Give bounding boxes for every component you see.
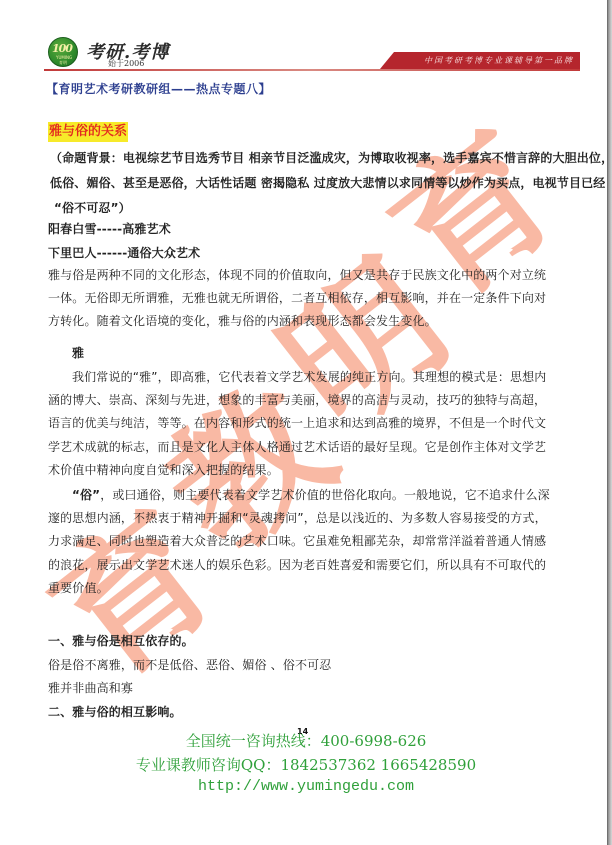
- qq-contact-text: 专业课教师咨询QQ：1842537362 1665428590: [0, 754, 612, 775]
- intro-paragraph: 雅与俗是两种不同的文化形态，体现不同的价值取向，但又是共存于民族文化中的两个对立…: [48, 264, 560, 334]
- art-pairs: 阳春白雪-----高雅艺术 下里巴人------通俗大众艺术: [48, 217, 560, 265]
- point-one-heading: 一、雅与俗是相互依存的。: [48, 630, 560, 653]
- ya-heading-text: 雅: [72, 342, 584, 365]
- para-line: 语言的优美与纯洁，等等。在内容和形式的统一上追求和达到高雅的境界，不但是一个时代…: [48, 412, 560, 435]
- point-one-body: 俗是俗不离雅，而不是低俗、恶俗、媚俗 、俗不可忍 雅并非曲高和寡: [48, 654, 560, 700]
- point-two-heading: 二、雅与俗的相互影响。: [48, 701, 560, 724]
- section-title: 雅与俗的关系: [48, 122, 128, 142]
- para-line: 我们常说的“雅”，即高雅，它代表着文学艺术发展的纯正方向。其理想的模式是：思想内: [48, 366, 560, 389]
- para-line: 雅与俗是两种不同的文化形态，体现不同的价值取向，但又是共存于民族文化中的两个对立…: [48, 264, 560, 287]
- point-one-text: 一、雅与俗是相互依存的。: [48, 630, 560, 653]
- website-link[interactable]: http://www.yumingedu.com: [0, 778, 612, 795]
- hotline-text: 全国统一咨询热线：400-6998-626: [0, 730, 612, 751]
- slogan-text: 中国考研考博专业课辅导第一品牌: [424, 55, 574, 66]
- su-line-text: ，或曰通俗，则主要代表着文学艺术价值的世俗化取向。一般地说，它不追求什么深: [100, 488, 550, 502]
- logo-caption-cn: 育明: [59, 60, 67, 66]
- topic-header: 【育明艺术考研教研组——热点专题八】: [46, 80, 271, 97]
- para-line: 力求满足、同时也塑造着大众普泛的艺术口味。它虽难免粗鄙芜杂，却常常洋溢着普通人情…: [48, 530, 560, 553]
- para-line: 重要价值。: [48, 577, 560, 600]
- note-line: 低俗、媚俗、甚至是恶俗，大话性话题 密揭隐私 过度放大悲情以求同情等以炒作为买点…: [50, 171, 562, 196]
- para-line: 一体。无俗即无所谓雅，无雅也就无所谓俗，二者互相依存，相互影响，并在一定条件下向…: [48, 287, 560, 310]
- para-line: 雅并非曲高和寡: [48, 677, 560, 700]
- pair-line: 阳春白雪-----高雅艺术: [48, 217, 560, 241]
- para-line: 俗是俗不离雅，而不是低俗、恶俗、媚俗 、俗不可忍: [48, 654, 560, 677]
- logo-number: 100: [52, 42, 72, 55]
- brand-since: 始于2006: [108, 58, 144, 69]
- su-paragraph: “俗”，或曰通俗，则主要代表着文学艺术价值的世俗化取向。一般地说，它不追求什么深…: [48, 484, 560, 600]
- point-two-text: 二、雅与俗的相互影响。: [48, 701, 560, 724]
- para-line: “俗”，或曰通俗，则主要代表着文学艺术价值的世俗化取向。一般地说，它不追求什么深: [48, 484, 560, 507]
- para-line: 术价值中精神向度自觉和深入把握的结果。: [48, 459, 560, 482]
- para-line: 邃的思想内涵，不热衷于精神开掘和“灵魂拷问”，总是以浅近的、为多数人容易接受的方…: [48, 507, 560, 530]
- header-divider: [44, 69, 580, 71]
- note-line: （命题背景：电视综艺节目选秀节目 相亲节目泛滥成灾，为博取收视率，选手嘉宾不惜言…: [50, 146, 562, 171]
- para-line: 涵的博大、崇高、深刻与先进，想象的丰富与美丽，境界的高洁与灵动，技巧的独特与高超…: [48, 389, 560, 412]
- para-line: 学艺术成就的标志，而且是文化人主体人格通过艺术话语的最好呈现。它是创作主体对文学…: [48, 436, 560, 459]
- pair-line: 下里巴人------通俗大众艺术: [48, 241, 560, 265]
- page-header: 100 YUMING 育明 考研.考博 始于2006 中国考研考博专业课辅导第一…: [44, 34, 580, 76]
- para-line: 的浪花，展示出文学艺术迷人的娱乐色彩。因为老百姓喜爱和需要它们，所以具有不可取代…: [48, 554, 560, 577]
- page-edge-shadow: [607, 0, 612, 845]
- para-line: 方转化。随着文化语境的变化，雅与俗的内涵和表现形态都会发生变化。: [48, 310, 560, 333]
- background-note: （命题背景：电视综艺节目选秀节目 相亲节目泛滥成灾，为博取收视率，选手嘉宾不惜言…: [50, 146, 562, 221]
- ya-paragraph: 我们常说的“雅”，即高雅，它代表着文学艺术发展的纯正方向。其理想的模式是：思想内…: [48, 366, 560, 482]
- logo-icon: 100 YUMING 育明: [48, 37, 78, 67]
- ya-heading: 雅: [72, 342, 584, 365]
- su-lead: “俗”: [72, 488, 100, 502]
